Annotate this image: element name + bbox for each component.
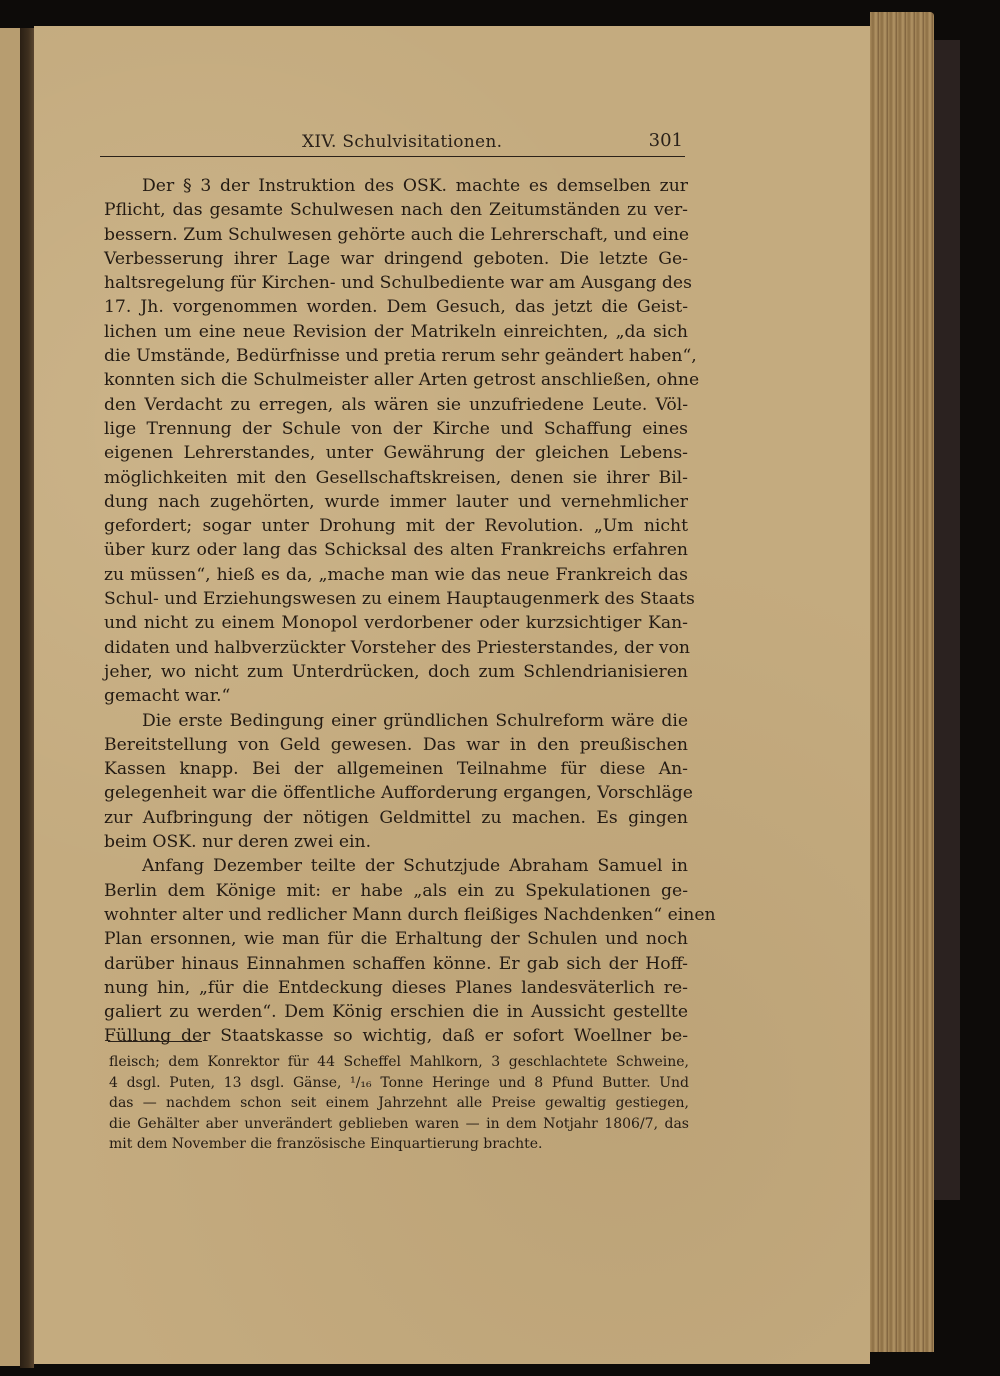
book-gutter (20, 28, 34, 1368)
page-block-edge (870, 12, 934, 1352)
text-line: eigenen Lehrerstandes, unter Gewährung d… (104, 441, 688, 465)
page-number: 301 (649, 130, 683, 151)
text-line: Pflicht, das gesamte Schulwesen nach den… (104, 198, 688, 222)
text-line: Schul- und Erziehungswesen zu einem Haup… (104, 587, 688, 611)
footnote-divider (108, 1041, 202, 1042)
footnote: fleisch; dem Konrektor für 44 Scheffel M… (109, 1052, 689, 1155)
text-line: Plan ersonnen, wie man für die Erhaltung… (104, 927, 688, 951)
paragraph: Anfang Dezember teilte der Schutzjude Ab… (104, 854, 688, 1048)
text-line: und nicht zu einem Monopol verdorbener o… (104, 611, 688, 635)
text-line: gelegenheit war die öffentliche Aufforde… (104, 781, 688, 805)
text-line: zu müssen“, hieß es da, „mache man wie d… (104, 563, 688, 587)
book-cover-edge (934, 40, 960, 1200)
main-text: Der § 3 der Instruktion des OSK. machte … (104, 174, 688, 1049)
footnote-line: das — nachdem schon seit einem Jahrzehnt… (109, 1093, 689, 1114)
text-line: Verbesserung ihrer Lage war dringend geb… (104, 247, 688, 271)
text-line: 17. Jh. vorgenommen worden. Dem Gesuch, … (104, 295, 688, 319)
text-line: die Umstände, Bedürfnisse und pretia rer… (104, 344, 688, 368)
text-line: gemacht war.“ (104, 684, 688, 708)
text-line: Berlin dem Könige mit: er habe „als ein … (104, 879, 688, 903)
footnote-line: 4 dsgl. Puten, 13 dsgl. Gänse, ¹/₁₆ Tonn… (109, 1073, 689, 1094)
chapter-title: XIV. Schulvisitationen. (302, 132, 502, 152)
text-line: beim OSK. nur deren zwei ein. (104, 830, 688, 854)
text-line: Anfang Dezember teilte der Schutzjude Ab… (104, 854, 688, 878)
paragraph: Die erste Bedingung einer gründlichen Sc… (104, 709, 688, 855)
footnote-line: fleisch; dem Konrektor für 44 Scheffel M… (109, 1052, 689, 1073)
text-line: über kurz oder lang das Schicksal des al… (104, 538, 688, 562)
text-line: Der § 3 der Instruktion des OSK. machte … (104, 174, 688, 198)
text-line: konnten sich die Schulmeister aller Arte… (104, 368, 688, 392)
footnote-line: die Gehälter aber unverändert geblieben … (109, 1114, 689, 1135)
running-header: XIV. Schulvisitationen. 301 (100, 128, 685, 157)
text-line: dung nach zugehörten, wurde immer lauter… (104, 490, 688, 514)
paragraph: Der § 3 der Instruktion des OSK. machte … (104, 174, 688, 709)
text-line: nung hin, „für die Entdeckung dieses Pla… (104, 976, 688, 1000)
text-line: Bereitstellung von Geld gewesen. Das war… (104, 733, 688, 757)
previous-page-edge (0, 28, 20, 1366)
footnote-line: mit dem November die französische Einqua… (109, 1134, 689, 1155)
text-line: darüber hinaus Einnahmen schaffen könne.… (104, 952, 688, 976)
text-line: lichen um eine neue Revision der Matrike… (104, 320, 688, 344)
text-line: möglichkeiten mit den Gesellschaftskreis… (104, 466, 688, 490)
text-line: didaten und halbverzückter Vorsteher des… (104, 636, 688, 660)
text-line: gefordert; sogar unter Drohung mit der R… (104, 514, 688, 538)
text-line: galiert zu werden“. Dem König erschien d… (104, 1000, 688, 1024)
text-line: Füllung der Staatskasse so wichtig, daß … (104, 1024, 688, 1048)
text-line: bessern. Zum Schulwesen gehörte auch die… (104, 223, 688, 247)
text-line: Kassen knapp. Bei der allgemeinen Teilna… (104, 757, 688, 781)
text-line: den Verdacht zu erregen, als wären sie u… (104, 393, 688, 417)
text-line: haltsregelung für Kirchen- und Schulbedi… (104, 271, 688, 295)
text-line: wohnter alter und redlicher Mann durch f… (104, 903, 688, 927)
text-line: Die erste Bedingung einer gründlichen Sc… (104, 709, 688, 733)
text-line: lige Trennung der Schule von der Kirche … (104, 417, 688, 441)
text-line: zur Aufbringung der nötigen Geldmittel z… (104, 806, 688, 830)
text-line: jeher, wo nicht zum Unterdrücken, doch z… (104, 660, 688, 684)
